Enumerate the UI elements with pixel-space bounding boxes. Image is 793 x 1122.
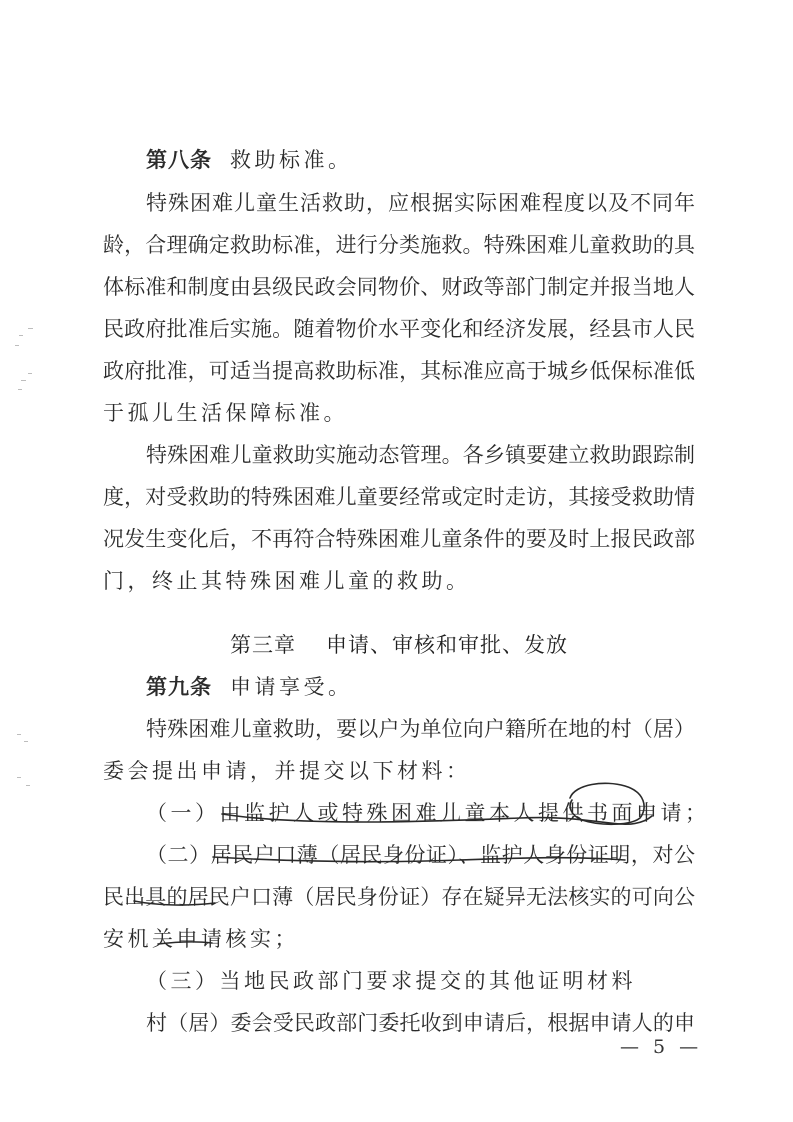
scan-artifact <box>28 373 32 374</box>
list-item-2-line: 民出具的居民户口薄（居民身份证）存在疑异无法核实的可向公 <box>103 882 695 912</box>
article-number: 第九条 <box>146 675 212 699</box>
article-8-heading: 第八条救助标准。 <box>146 145 695 175</box>
paragraph-line: 龄，合理确定救助标准，进行分类施救。特殊困难儿童救助的具 <box>103 230 695 260</box>
scan-artifact <box>19 335 23 336</box>
chapter-title: 申请、审核和审批、发放 <box>326 633 568 657</box>
list-item-2-line: 安机关申请核实； <box>103 924 695 954</box>
scan-artifact <box>17 777 21 778</box>
scan-artifact <box>15 345 19 346</box>
paragraph-line: 委会提出申请，并提交以下材料： <box>103 756 695 786</box>
article-title: 申请享受。 <box>230 675 353 699</box>
scan-artifact <box>18 389 22 390</box>
list-item-1: （一）由监护人或特殊困难儿童本人提供书面申请； <box>146 798 695 828</box>
paragraph-line: 于孤儿生活保障标准。 <box>103 398 695 428</box>
paragraph-line: 政府批准，可适当提高救助标准，其标准应高于城乡低保标准低 <box>103 356 695 386</box>
article-number: 第八条 <box>146 148 212 172</box>
article-title: 救助标准。 <box>230 148 353 172</box>
scan-artifact <box>26 785 30 786</box>
chapter-heading: 第三章申请、审核和审批、发放 <box>230 630 568 660</box>
paragraph-line: 门，终止其特殊困难儿童的救助。 <box>103 566 695 596</box>
paragraph-line: 体标准和制度由县级民政会同物价、财政等部门制定并报当地人 <box>103 272 695 302</box>
list-item-3: （三）当地民政部门要求提交的其他证明材料 <box>146 966 695 996</box>
paragraph-line: 民政府批准后实施。随着物价水平变化和经济发展，经县市人民 <box>103 314 695 344</box>
paragraph-line: 村（居）委会受民政部门委托收到申请后，根据申请人的申 <box>146 1008 695 1038</box>
scan-artifact <box>21 380 26 381</box>
scan-artifact <box>24 741 28 742</box>
scan-artifact <box>28 328 33 329</box>
paragraph-line: 特殊困难儿童生活救助，应根据实际困难程度以及不同年 <box>146 188 695 218</box>
article-9-heading: 第九条申请享受。 <box>146 672 695 702</box>
paragraph-line: 度，对受救助的特殊困难儿童要经常或定时走访，其接受救助情 <box>103 482 695 512</box>
paragraph-line: 况发生变化后，不再符合特殊困难儿童条件的要及时上报民政部 <box>103 524 695 554</box>
document-page: 第八条救助标准。 特殊困难儿童生活救助，应根据实际困难程度以及不同年 龄，合理确… <box>0 0 793 1122</box>
list-item-2-line: （二）居民户口薄（居民身份证）、监护人身份证明，对公 <box>146 840 695 870</box>
page-number: — 5 — <box>620 1036 702 1058</box>
scan-artifact <box>17 734 21 735</box>
paragraph-line: 特殊困难儿童救助实施动态管理。各乡镇要建立救助跟踪制 <box>146 440 695 470</box>
paragraph-line: 特殊困难儿童救助，要以户为单位向户籍所在地的村（居） <box>146 714 695 744</box>
chapter-number: 第三章 <box>230 633 296 657</box>
